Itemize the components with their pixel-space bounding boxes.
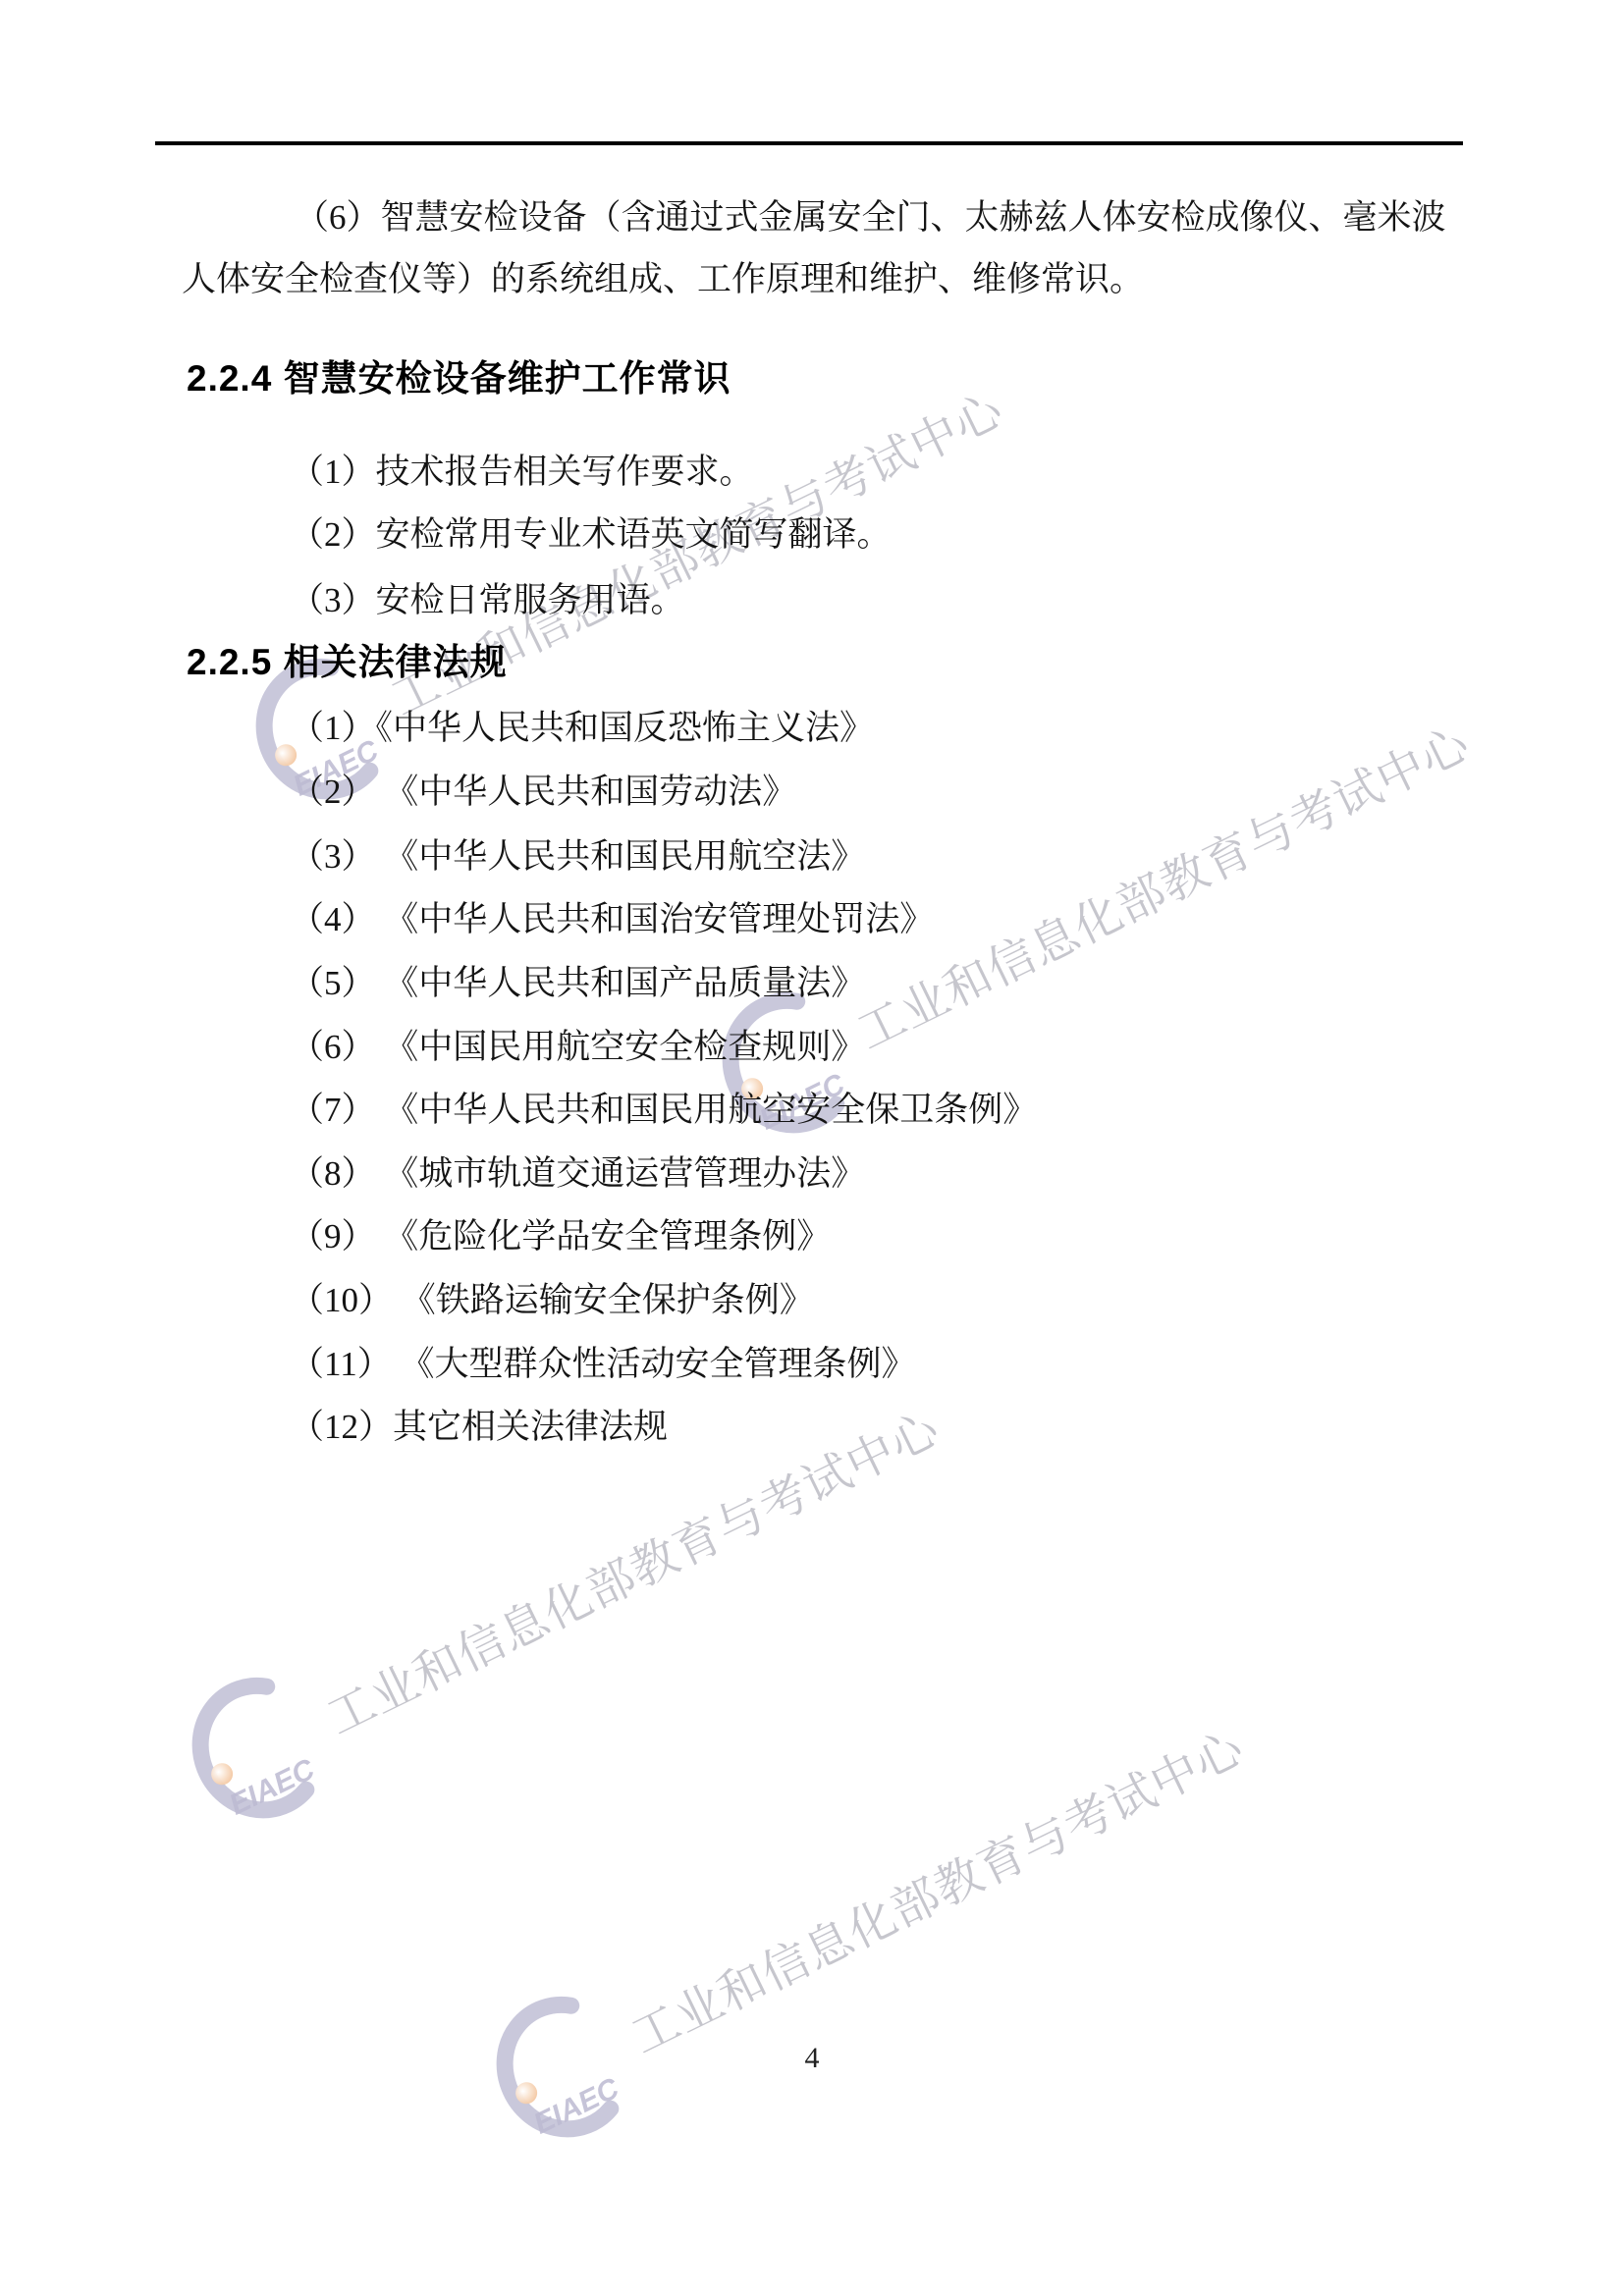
law-list-item-2: （2） 《中华人民共和国劳动法》 <box>290 769 796 816</box>
law-list-item-4: （4） 《中华人民共和国治安管理处罚法》 <box>290 896 934 943</box>
logo-pearl-icon <box>512 2078 540 2107</box>
law-list-item-5: （5） 《中华人民共和国产品质量法》 <box>290 960 865 1007</box>
section-224-item-2: （2）安检常用专业术语英文简写翻译。 <box>290 511 892 559</box>
law-list-item-7: （7） 《中华人民共和国民用航空安全保卫条例》 <box>290 1087 1037 1134</box>
watermark-text: 工业和信息化部教育与考试中心 <box>843 706 1479 1062</box>
logo-swoosh <box>180 1677 317 1830</box>
law-list-item-1: （1）《中华人民共和国反恐怖主义法》 <box>290 705 874 752</box>
law-list-item-10: （10） 《铁路运输安全保护条例》 <box>290 1277 814 1324</box>
page-number: 4 <box>0 2042 1624 2075</box>
section-224-item-1: （1）技术报告相关写作要求。 <box>290 449 754 496</box>
law-list-item-6: （6） 《中国民用航空安全检查规则》 <box>290 1024 865 1071</box>
law-list-item-9: （9） 《危险化学品安全管理条例》 <box>290 1213 831 1260</box>
document-page: { "header": { "rule_present": "true" }, … <box>0 0 1624 2296</box>
law-list-item-8: （8） 《城市轨道交通运营管理办法》 <box>290 1150 865 1198</box>
section-224-item-3: （3）安检日常服务用语。 <box>290 577 685 624</box>
paragraph-line-2: 人体安全检查仪等）的系统组成、工作原理和维护、维修常识。 <box>182 256 1144 303</box>
watermark-logo-letters: EIAEC <box>529 2071 625 2140</box>
section-heading-224: 2.2.4 智慧安检设备维护工作常识 <box>187 353 731 404</box>
ceiaec-logo-icon: EIAEC <box>441 1972 660 2180</box>
paragraph-line-1: （6）智慧安检设备（含通过式金属安全门、太赫兹人体安检成像仪、毫米波 <box>295 194 1446 241</box>
law-list-item-3: （3） 《中华人民共和国民用航空法》 <box>290 833 865 881</box>
ceiaec-logo-icon: EIAEC <box>136 1653 355 1861</box>
law-list-item-11: （11） 《大型群众性活动安全管理条例》 <box>290 1341 915 1388</box>
watermark-text: 工业和信息化部教育与考试中心 <box>618 1710 1253 2066</box>
header-rule <box>155 141 1463 145</box>
section-heading-225: 2.2.5 相关法律法规 <box>187 637 508 688</box>
law-list-item-12: （12）其它相关法律法规 <box>290 1404 668 1451</box>
watermark-logo-letters: EIAEC <box>225 1752 321 1821</box>
logo-pearl-icon <box>207 1759 236 1788</box>
watermark-instance-4: EIAEC 工业和信息化部教育与考试中心 <box>441 1675 1271 2180</box>
